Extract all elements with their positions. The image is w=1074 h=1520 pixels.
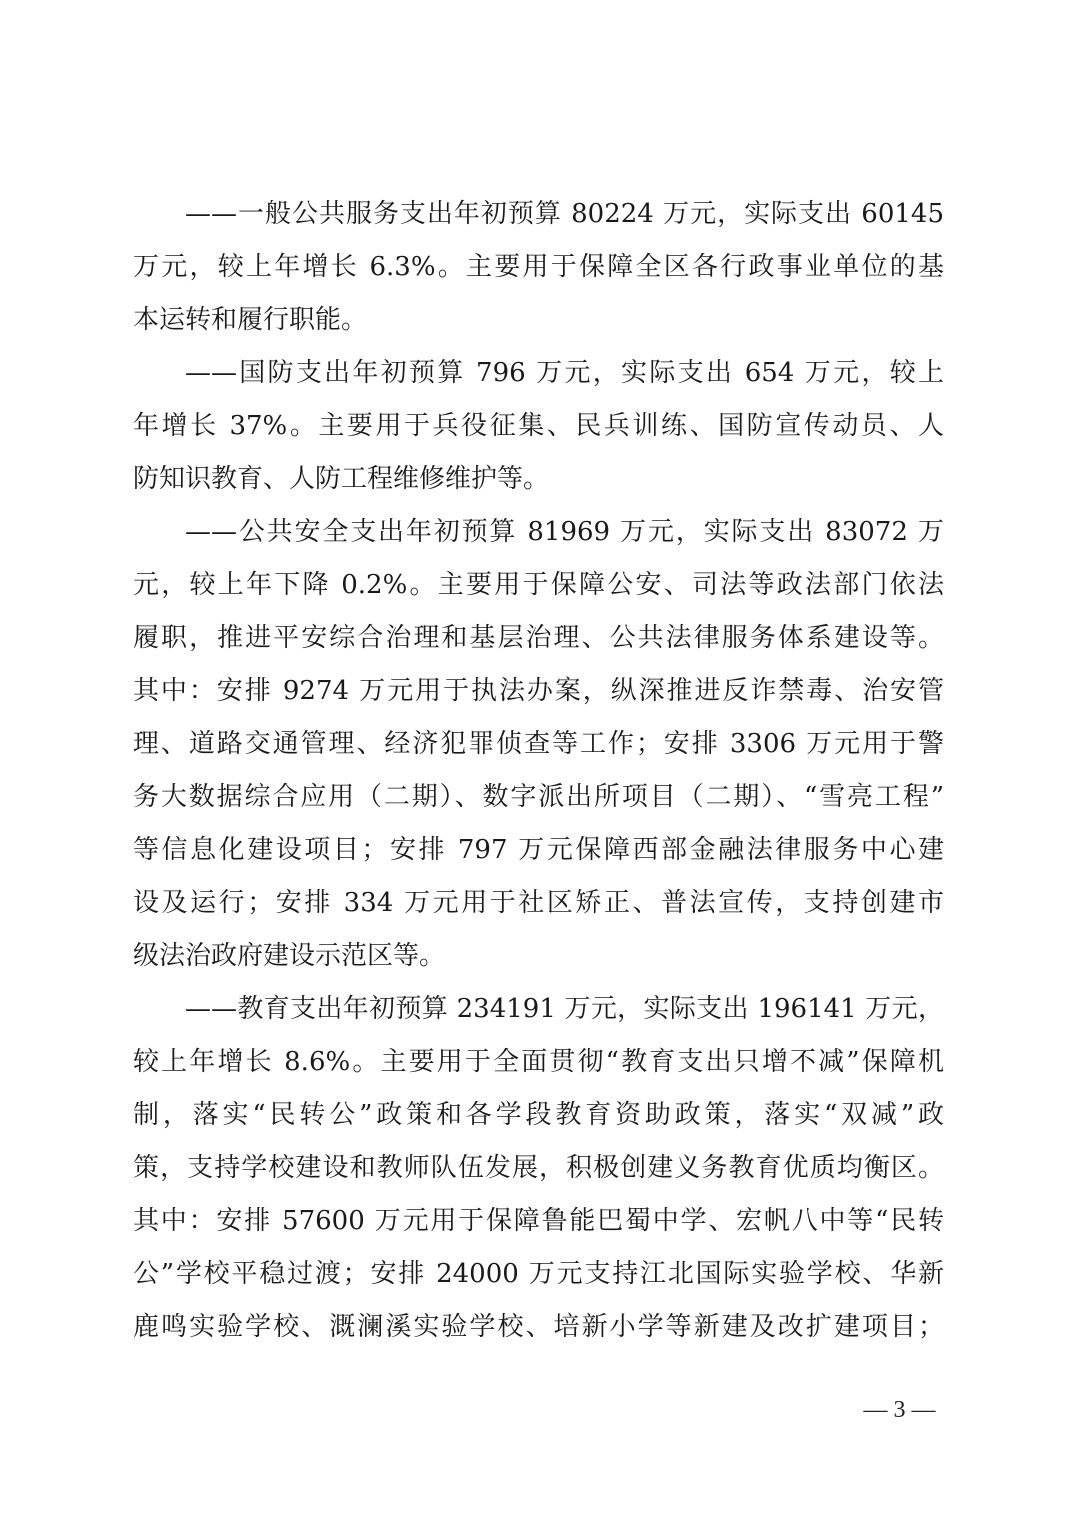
text-line: 级法治政府建设示范区等。 [133,930,944,983]
text-line: 公”学校平稳过渡；安排 24000 万元支持江北国际实验学校、华新 [133,1248,944,1301]
paragraph-national-defense: ——国防支出年初预算 796 万元，实际支出 654 万元，较上 年增长 37%… [133,347,944,506]
text-line: ——一般公共服务支出年初预算 80224 万元，实际支出 60145 [133,188,944,241]
text-line: 其中：安排 57600 万元用于保障鲁能巴蜀中学、宏帆八中等“民转 [133,1195,944,1248]
text-line: 防知识教育、人防工程维修维护等。 [133,453,944,506]
text-line: 理、道路交通管理、经济犯罪侦查等工作；安排 3306 万元用于警 [133,718,944,771]
text-line: 策，支持学校建设和教师队伍发展，积极创建义务教育优质均衡区。 [133,1142,944,1195]
text-line: 年增长 37%。主要用于兵役征集、民兵训练、国防宣传动员、人 [133,400,944,453]
text-line: 其中：安排 9274 万元用于执法办案，纵深推进反诈禁毒、治安管 [133,665,944,718]
paragraph-education: ——教育支出年初预算 234191 万元，实际支出 196141 万元， 较上年… [133,983,944,1354]
text-line: 较上年增长 8.6%。主要用于全面贯彻“教育支出只增不减”保障机 [133,1036,944,1089]
text-line: 元，较上年下降 0.2%。主要用于保障公安、司法等政法部门依法 [133,559,944,612]
text-line: 设及运行；安排 334 万元用于社区矫正、普法宣传，支持创建市 [133,877,944,930]
text-line: 万元，较上年增长 6.3%。主要用于保障全区各行政事业单位的基 [133,241,944,294]
text-line: ——国防支出年初预算 796 万元，实际支出 654 万元，较上 [133,347,944,400]
text-line: 鹿鸣实验学校、溉澜溪实验学校、培新小学等新建及改扩建项目； [133,1301,944,1354]
paragraph-public-security: ——公共安全支出年初预算 81969 万元，实际支出 83072 万 元，较上年… [133,506,944,983]
page-number: — 3 — [852,1395,947,1425]
text-line: 履职，推进平安综合治理和基层治理、公共法律服务体系建设等。 [133,612,944,665]
paragraph-general-public-services: ——一般公共服务支出年初预算 80224 万元，实际支出 60145 万元，较上… [133,188,944,347]
text-line: ——公共安全支出年初预算 81969 万元，实际支出 83072 万 [133,506,944,559]
text-line: 等信息化建设项目；安排 797 万元保障西部金融法律服务中心建 [133,824,944,877]
document-page: ——一般公共服务支出年初预算 80224 万元，实际支出 60145 万元，较上… [0,0,1074,1520]
body-text: ——一般公共服务支出年初预算 80224 万元，实际支出 60145 万元，较上… [133,188,944,1354]
text-line: 制，落实“民转公”政策和各学段教育资助政策，落实“双减”政 [133,1089,944,1142]
text-line: ——教育支出年初预算 234191 万元，实际支出 196141 万元， [133,983,944,1036]
text-line: 务大数据综合应用（二期）、数字派出所项目（二期）、“雪亮工程” [133,771,944,824]
text-line: 本运转和履行职能。 [133,294,944,347]
